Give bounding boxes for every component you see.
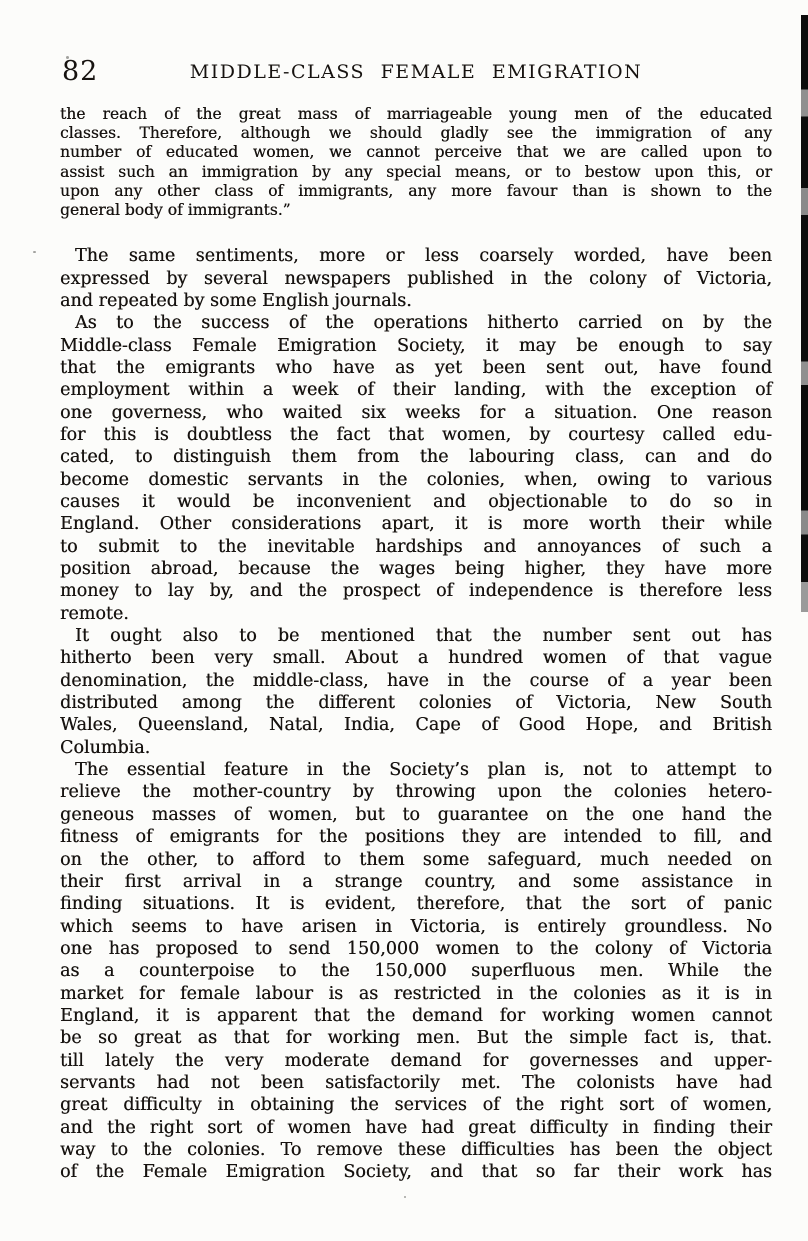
text-line: Wales, Queensland, Natal, India, Cape of… (60, 714, 772, 736)
text-line: money to lay by, and the prospect of ind… (60, 580, 772, 602)
paragraph: The same sentiments, more or less coarse… (60, 245, 772, 312)
text-line: which seems to have arisen in Victoria, … (60, 916, 772, 938)
text-line: It ought also to be mentioned that the n… (60, 625, 772, 647)
scan-edge-artifact (801, 15, 808, 612)
text-line: on the other, to afford to them some saf… (60, 849, 772, 871)
paragraph: It ought also to be mentioned that the n… (60, 625, 772, 759)
text-line: great difficulty in obtaining the servic… (60, 1094, 772, 1116)
text-line: to submit to the inevitable hardships an… (60, 536, 772, 558)
text-line: The essential feature in the Society’s p… (60, 759, 772, 781)
paragraph: The essential feature in the Society’s p… (60, 759, 772, 1184)
text-line: relieve the mother-country by throwing u… (60, 781, 772, 803)
body-text: The same sentiments, more or less coarse… (60, 245, 772, 1183)
text-line: way to the colonies. To remove these dif… (60, 1139, 772, 1161)
quote-block: the reach of the great mass of marriagea… (60, 105, 772, 220)
text-line: market for female labour is as restricte… (60, 983, 772, 1005)
text-line: servants had not been satisfactorily met… (60, 1072, 772, 1094)
text-line: expressed by several newspapers publishe… (60, 268, 772, 290)
scan-speck (66, 56, 69, 59)
text-line: finding situations. It is evident, there… (60, 893, 772, 915)
quote-line: general body of immigrants.” (60, 201, 772, 220)
text-line: till lately the very moderate demand for… (60, 1050, 772, 1072)
text-line: be so great as that for working men. But… (60, 1027, 772, 1049)
text-line: one has proposed to send 150,000 women t… (60, 938, 772, 960)
quote-line: upon any other class of immigrants, any … (60, 182, 772, 201)
text-line: denomination, the middle-class, have in … (60, 670, 772, 692)
text-line: one governess, who waited six weeks for … (60, 402, 772, 424)
scan-speck (33, 251, 36, 253)
text-line: Columbia. (60, 737, 772, 759)
text-line: As to the success of the operations hith… (60, 312, 772, 334)
text-line: geneous masses of women, but to guarante… (60, 804, 772, 826)
text-line: England, it is apparent that the demand … (60, 1005, 772, 1027)
text-line: and repeated by some English journals. (60, 290, 772, 312)
quote-line: number of educated women, we cannot perc… (60, 143, 772, 162)
text-line: England. Other considerations apart, it … (60, 513, 772, 535)
text-line: The same sentiments, more or less coarse… (60, 245, 772, 267)
quote-line: assist such an immigration by any specia… (60, 163, 772, 182)
text-line: that the emigrants who have as yet been … (60, 357, 772, 379)
running-header-title: MIDDLE-CLASS FEMALE EMIGRATION (60, 59, 772, 86)
text-line: cated, to distinguish them from the labo… (60, 446, 772, 468)
text-line: become domestic servants in the colonies… (60, 469, 772, 491)
text-line: hitherto been very small. About a hundre… (60, 647, 772, 669)
text-line: Middle-class Female Emigration Society, … (60, 335, 772, 357)
text-line: distributed among the different colonies… (60, 692, 772, 714)
text-line: and the right sort of women have had gre… (60, 1117, 772, 1139)
page-content: 82 MIDDLE-CLASS FEMALE EMIGRATION the re… (60, 59, 772, 1184)
text-line: position abroad, because the wages being… (60, 558, 772, 580)
text-line: their first arrival in a strange country… (60, 871, 772, 893)
text-line: causes it would be inconvenient and obje… (60, 491, 772, 513)
quote-line: the reach of the great mass of marriagea… (60, 105, 772, 124)
text-line: of the Female Emigration Society, and th… (60, 1161, 772, 1183)
text-line: fitness of emigrants for the positions t… (60, 826, 772, 848)
text-line: as a counterpoise to the 150,000 superfl… (60, 960, 772, 982)
paragraph: As to the success of the operations hith… (60, 312, 772, 625)
scan-speck (404, 1196, 406, 1198)
page-number: 82 (62, 57, 98, 86)
page-header: 82 MIDDLE-CLASS FEMALE EMIGRATION (60, 59, 772, 86)
quote-line: classes. Therefore, although we should g… (60, 124, 772, 143)
text-line: for this is doubtless the fact that wome… (60, 424, 772, 446)
text-line: employment within a week of their landin… (60, 379, 772, 401)
text-line: remote. (60, 603, 772, 625)
